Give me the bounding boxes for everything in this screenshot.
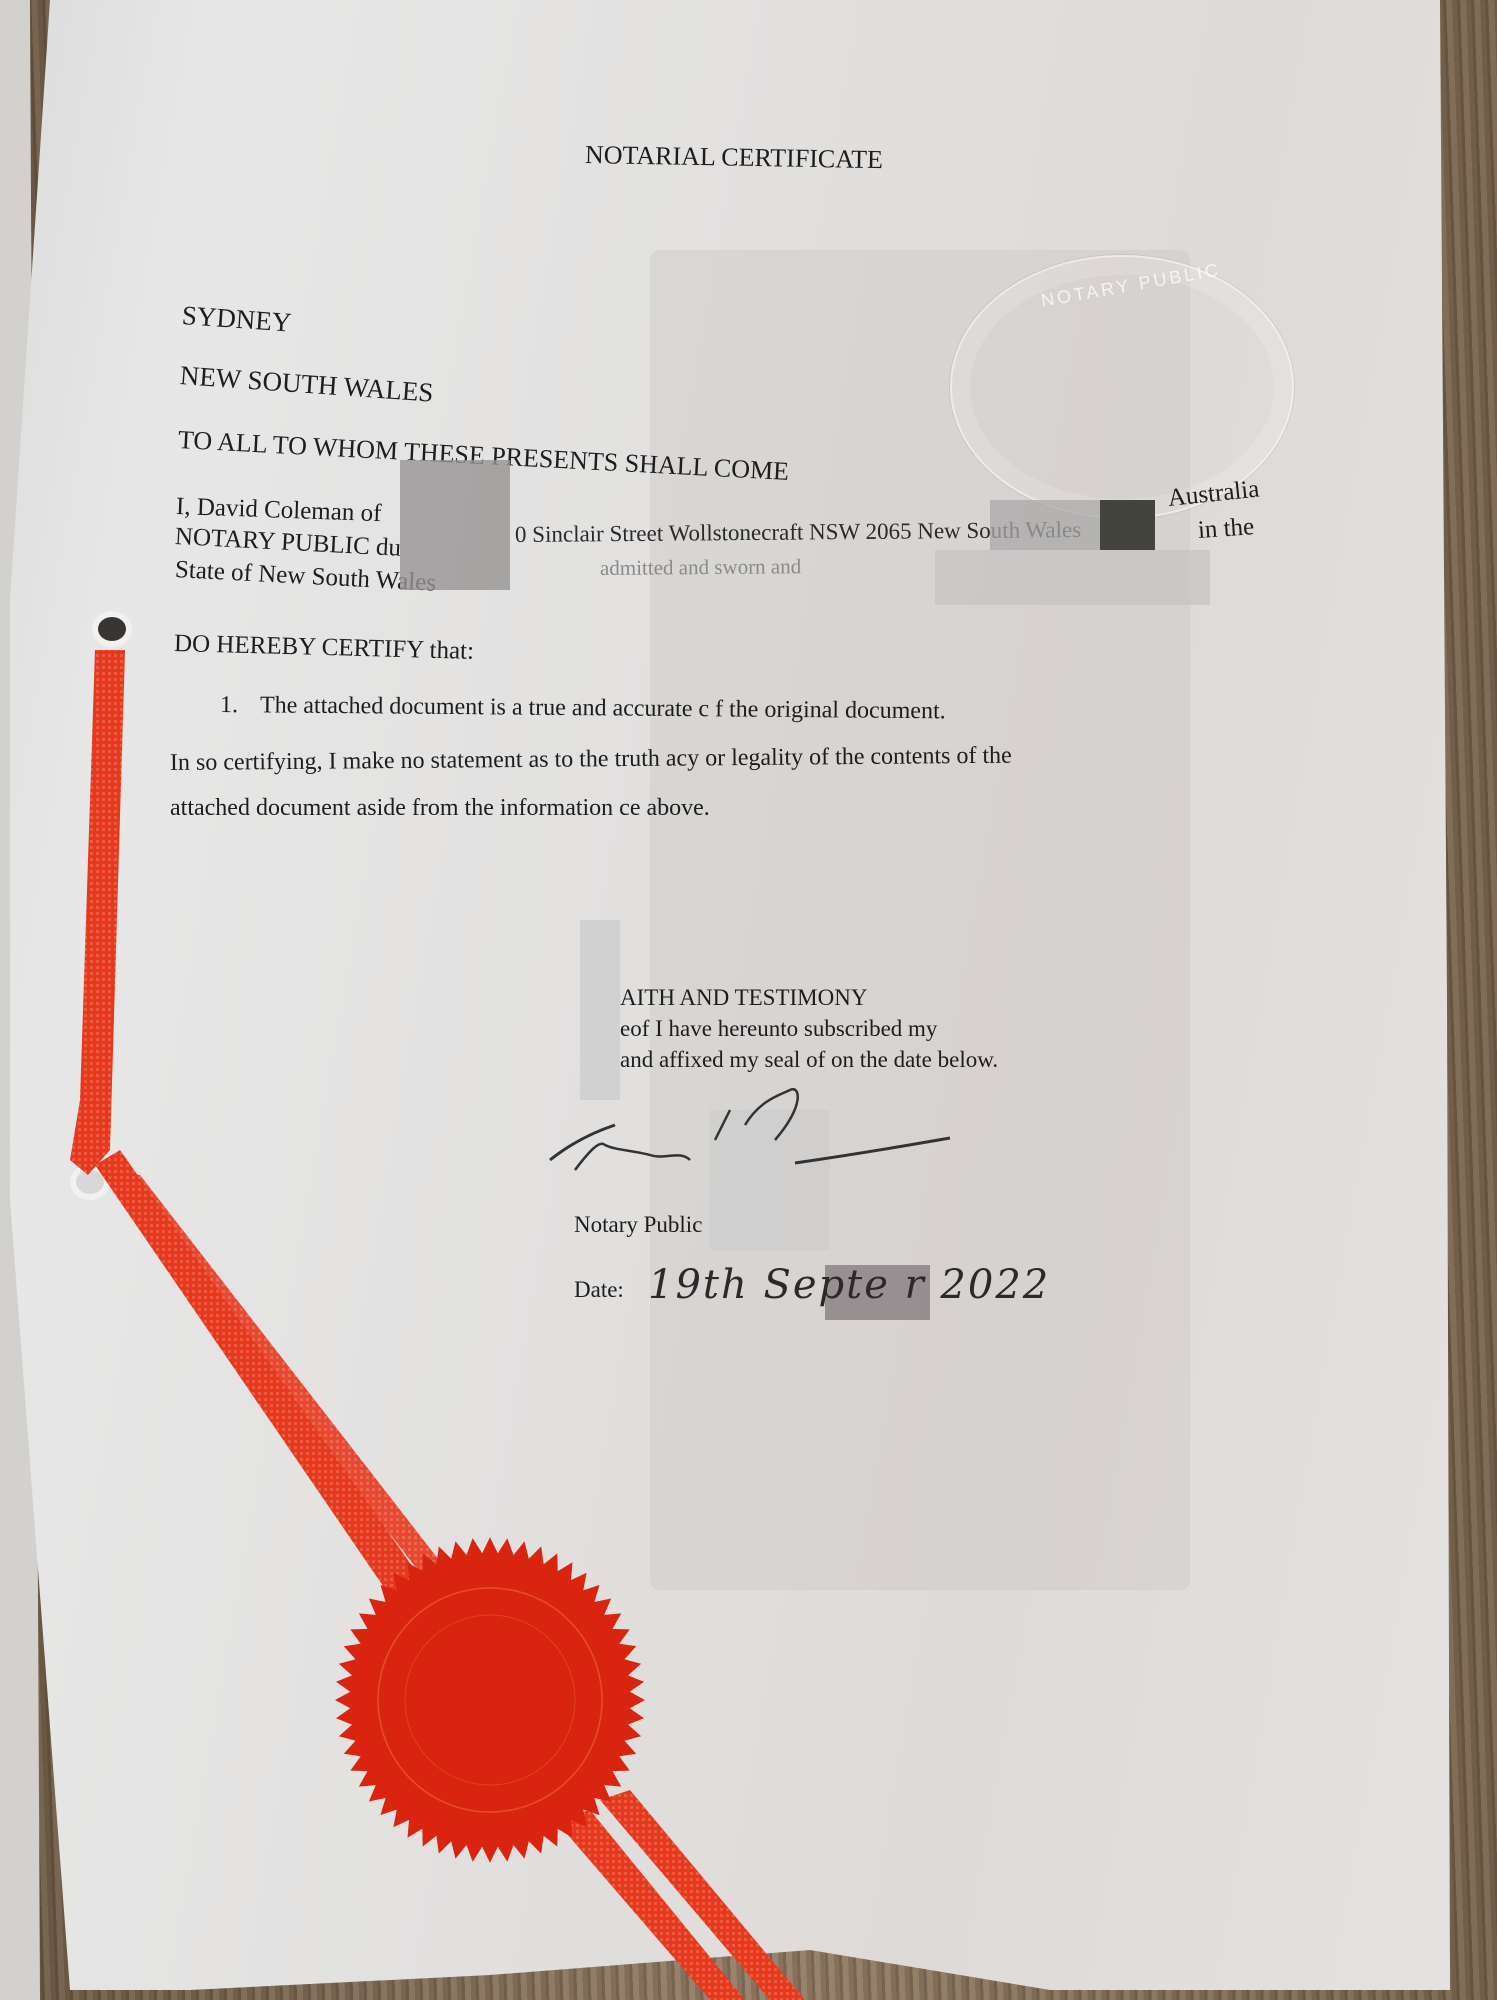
wax-seal-icon	[335, 1537, 645, 1863]
ribbon-and-seal	[0, 0, 1497, 2000]
